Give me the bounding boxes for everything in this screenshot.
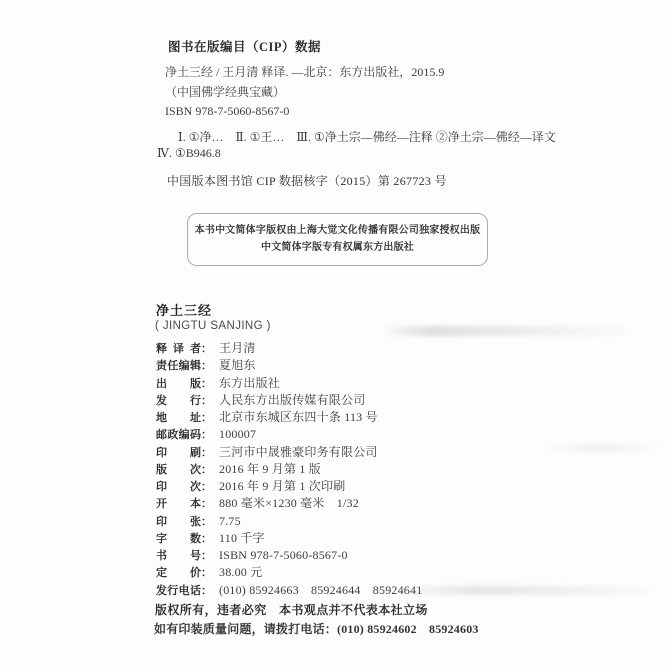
field-colon: ： <box>201 550 212 562</box>
publication-info-row: 出版：东方出版社 <box>156 374 422 391</box>
field-value: 2016 年 9 月第 1 次印刷 <box>219 479 345 493</box>
publication-info-row: 字数：110 千字 <box>156 529 422 546</box>
field-colon: ： <box>201 395 212 407</box>
cip-description-block: 净土三经 / 王月清 释译. —北京：东方出版社，2015.9 （中国佛学经典宝… <box>165 63 444 122</box>
field-colon: ： <box>201 585 212 597</box>
book-title-pinyin: ( JINGTU SANJING ) <box>155 320 271 332</box>
cip-header: 图书在版编目（CIP）数据 <box>168 37 321 55</box>
field-value: 人民东方出版传媒有限公司 <box>219 393 365 407</box>
field-colon: ： <box>201 516 212 528</box>
field-value: 2016 年 9 月第 1 版 <box>219 462 321 476</box>
field-value: 北京市东城区东四十条 113 号 <box>219 410 378 424</box>
field-value: ISBN 978-7-5060-8567-0 <box>219 548 348 562</box>
cip-classification-line2: Ⅳ. ①B946.8 <box>157 146 221 161</box>
cip-series-line: （中国佛学经典宝藏） <box>165 83 444 103</box>
field-colon: ： <box>201 343 212 355</box>
scan-smudge <box>383 326 633 336</box>
publication-info-row: 发行电话：(010) 85924663 85924644 85924641 <box>156 581 422 598</box>
scan-smudge <box>540 444 660 452</box>
publication-info-table: 释译者：王月清责任编辑：夏旭东出版：东方出版社发行：人民东方出版传媒有限公司地址… <box>156 339 422 598</box>
field-label: 发行电话 <box>156 583 201 600</box>
publication-info-row: 开本：880 毫米×1230 毫米 1/32 <box>156 494 422 511</box>
field-value: 夏旭东 <box>219 358 256 372</box>
print-quality-notice: 如有印装质量问题，请拨打电话：(010) 85924602 85924603 <box>154 620 479 637</box>
field-colon: ： <box>201 378 212 390</box>
book-title: 净土三经 <box>156 300 212 319</box>
field-value: 38.00 元 <box>219 565 262 579</box>
license-line-1: 本书中文简体字版权由上海大觉文化传播有限公司独家授权出版 <box>188 222 487 239</box>
field-value: (010) 85924663 85924644 85924641 <box>219 583 422 597</box>
field-colon: ： <box>201 481 212 493</box>
cip-isbn-line: ISBN 978-7-5060-8567-0 <box>165 102 444 122</box>
scan-smudge <box>398 586 660 595</box>
cip-title-line: 净土三经 / 王月清 释译. —北京：东方出版社，2015.9 <box>165 63 444 83</box>
field-colon: ： <box>201 533 212 545</box>
field-value: 7.75 <box>219 514 241 528</box>
publication-info-row: 印次：2016 年 9 月第 1 次印刷 <box>156 477 422 494</box>
field-label: 邮政编码 <box>156 427 201 444</box>
publication-info-row: 责任编辑：夏旭东 <box>156 356 422 373</box>
field-colon: ： <box>201 498 212 510</box>
book-copyright-page: 图书在版编目（CIP）数据 净土三经 / 王月清 释译. —北京：东方出版社，2… <box>0 0 670 670</box>
field-value: 110 千字 <box>219 531 265 545</box>
field-colon: ： <box>201 360 212 372</box>
field-value: 东方出版社 <box>219 376 280 390</box>
publication-info-row: 邮政编码：100007 <box>156 425 422 442</box>
publication-info-row: 释译者：王月清 <box>156 339 422 356</box>
field-value: 100007 <box>219 427 256 441</box>
copyright-notice: 版权所有，违者必究 本书观点并不代表本社立场 <box>155 601 428 618</box>
field-colon: ： <box>201 464 212 476</box>
field-label: 责任编辑 <box>156 358 201 375</box>
field-value: 王月清 <box>219 341 256 355</box>
publication-info-row: 地址：北京市东城区东四十条 113 号 <box>156 408 422 425</box>
field-colon: ： <box>201 429 212 441</box>
publication-info-row: 版次：2016 年 9 月第 1 版 <box>156 460 422 477</box>
field-value: 880 毫米×1230 毫米 1/32 <box>219 496 359 510</box>
license-line-2: 中文简体字版专有权属东方出版社 <box>188 239 487 256</box>
publication-info-row: 定价：38.00 元 <box>156 563 422 580</box>
publication-info-row: 发行：人民东方出版传媒有限公司 <box>156 391 422 408</box>
field-label: 开本 <box>156 496 201 513</box>
field-colon: ： <box>201 567 212 579</box>
field-colon: ： <box>201 412 212 424</box>
cip-record-number: 中国版本图书馆 CIP 数据核字（2015）第 267723 号 <box>167 172 447 189</box>
field-value: 三河市中晟雅豪印务有限公司 <box>219 445 378 459</box>
license-notice-box: 本书中文简体字版权由上海大觉文化传播有限公司独家授权出版 中文简体字版专有权属东… <box>187 213 488 266</box>
publication-info-row: 印张：7.75 <box>156 512 422 529</box>
field-label: 定价 <box>156 565 201 582</box>
publication-info-row: 印刷：三河市中晟雅豪印务有限公司 <box>156 443 422 460</box>
field-colon: ： <box>201 447 212 459</box>
publication-info-row: 书号：ISBN 978-7-5060-8567-0 <box>156 546 422 563</box>
cip-classification-line1: Ⅰ. ①净… Ⅱ. ①王… Ⅲ. ①净土宗—佛经—注释 ②净土宗—佛经—译文 <box>178 128 556 145</box>
